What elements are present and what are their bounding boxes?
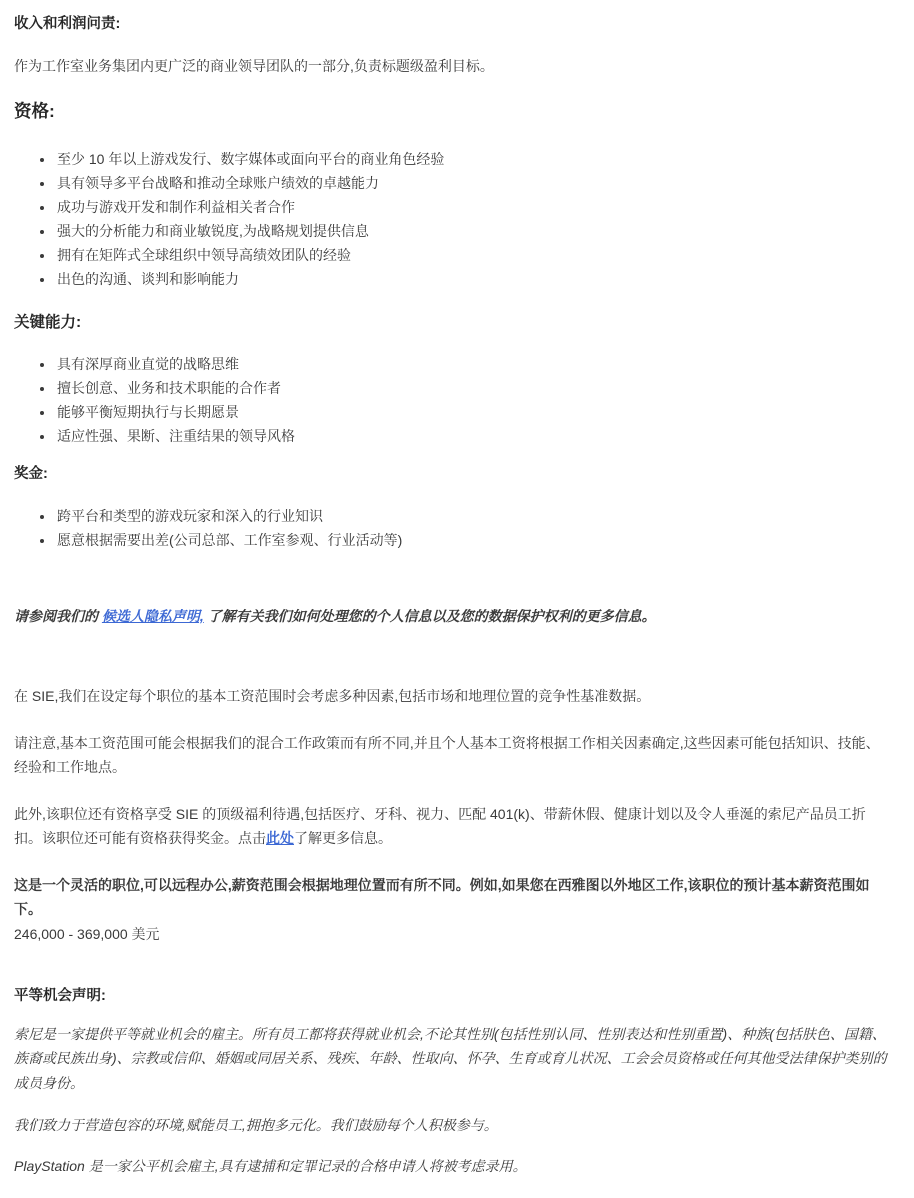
privacy-prefix-text: 请参阅我们的 (14, 608, 102, 624)
candidate-privacy-notice-link[interactable]: 候选人隐私声明, (102, 608, 204, 624)
benefits-text-after: 了解更多信息。 (294, 830, 392, 846)
job-description-document: 收入和利润问责: 作为工作室业务集团内更广泛的商业领导团队的一部分,负责标题级盈… (0, 0, 914, 1198)
eeo-paragraph-1: 索尼是一家提供平等就业机会的雇主。所有员工都将获得就业机会,不论其性别(包括性别… (14, 1022, 890, 1096)
key-capabilities-heading: 关键能力: (14, 311, 890, 334)
eeo-paragraph-3: PlayStation 是一家公平机会雇主,具有逮捕和定罪记录的合格申请人将被考… (14, 1154, 890, 1179)
salary-note-paragraph: 请注意,基本工资范围可能会根据我们的混合工作政策而有所不同,并且个人基本工资将根… (14, 731, 890, 780)
salary-range-value: 246,000 - 369,000 美元 (14, 922, 890, 947)
benefits-paragraph: 此外,该职位还有资格享受 SIE 的顶级福利待遇,包括医疗、牙科、视力、匹配 4… (14, 802, 890, 851)
eeo-heading: 平等机会声明: (14, 986, 890, 1008)
list-item: 跨平台和类型的游戏玩家和深入的行业知识 (55, 504, 890, 528)
compensation-factors-paragraph: 在 SIE,我们在设定每个职位的基本工资范围时会考虑多种因素,包括市场和地理位置… (14, 684, 890, 709)
key-capabilities-list: 具有深厚商业直觉的战略思维 擅长创意、业务和技术职能的合作者 能够平衡短期执行与… (14, 352, 890, 448)
qualifications-list: 至少 10 年以上游戏发行、数字媒体或面向平台的商业角色经验 具有领导多平台战略… (14, 147, 890, 291)
list-item: 强大的分析能力和商业敏锐度,为战略规划提供信息 (55, 219, 890, 243)
list-item: 拥有在矩阵式全球组织中领导高绩效团队的经验 (55, 243, 890, 267)
list-item: 出色的沟通、谈判和影响能力 (55, 267, 890, 291)
benefits-text-before: 此外,该职位还有资格享受 SIE 的顶级福利待遇,包括医疗、牙科、视力、匹配 4… (14, 806, 866, 847)
bonus-list: 跨平台和类型的游戏玩家和深入的行业知识 愿意根据需要出差(公司总部、工作室参观、… (14, 504, 890, 552)
eeo-paragraph-2: 我们致力于营造包容的环境,赋能员工,拥抱多元化。我们鼓励每个人积极参与。 (14, 1113, 890, 1138)
list-item: 至少 10 年以上游戏发行、数字媒体或面向平台的商业角色经验 (55, 147, 890, 171)
list-item: 擅长创意、业务和技术职能的合作者 (55, 376, 890, 400)
privacy-notice-paragraph: 请参阅我们的 候选人隐私声明, 了解有关我们如何处理您的个人信息以及您的数据保护… (14, 604, 890, 629)
list-item: 具有深厚商业直觉的战略思维 (55, 352, 890, 376)
flexible-role-paragraph: 这是一个灵活的职位,可以远程办公,薪资范围会根据地理位置而有所不同。例如,如果您… (14, 873, 890, 922)
list-item: 具有领导多平台战略和推动全球账户绩效的卓越能力 (55, 171, 890, 195)
qualifications-heading: 资格: (14, 98, 890, 124)
list-item: 能够平衡短期执行与长期愿景 (55, 400, 890, 424)
list-item: 成功与游戏开发和制作利益相关者合作 (55, 195, 890, 219)
privacy-suffix-text: 了解有关我们如何处理您的个人信息以及您的数据保护权利的更多信息。 (204, 608, 656, 624)
revenue-accountability-paragraph: 作为工作室业务集团内更广泛的商业领导团队的一部分,负责标题级盈利目标。 (14, 54, 890, 79)
list-item: 适应性强、果断、注重结果的领导风格 (55, 424, 890, 448)
revenue-accountability-heading: 收入和利润问责: (14, 14, 890, 36)
list-item: 愿意根据需要出差(公司总部、工作室参观、行业活动等) (55, 528, 890, 552)
bonus-heading: 奖金: (14, 464, 890, 486)
benefits-here-link[interactable]: 此处 (266, 830, 294, 846)
